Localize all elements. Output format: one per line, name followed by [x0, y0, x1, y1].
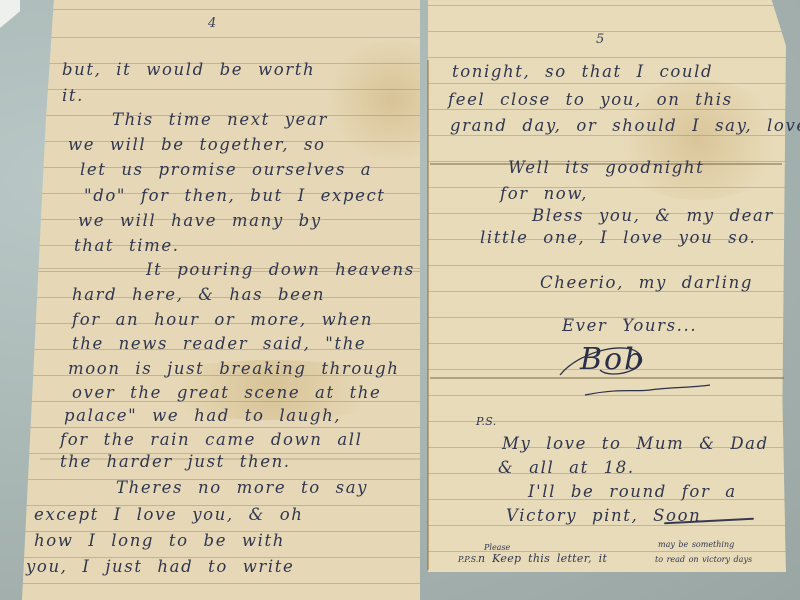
- letter-line: let us promise ourselves a: [80, 162, 372, 179]
- letter-line: tonight, so that I could: [452, 64, 713, 81]
- page-number-left: 4: [208, 16, 216, 31]
- letter-line: it.: [62, 88, 84, 105]
- letter-line: moon is just breaking through: [68, 361, 400, 378]
- letter-line: hard here, & has been: [72, 287, 325, 304]
- letter-line: the harder just then.: [60, 454, 291, 471]
- ps-label: P.S.: [476, 416, 497, 427]
- letter-line: that time.: [74, 238, 180, 255]
- letter-line: This time next year: [112, 112, 328, 129]
- letter-line: grand day, or should I say, love.: [450, 118, 800, 135]
- letter-line: Theres no more to say: [116, 480, 368, 497]
- page-number-right: 5: [596, 32, 604, 47]
- letter-line: for an hour or more, when: [72, 312, 373, 329]
- pps-insert-below: to read on victory days: [655, 556, 752, 564]
- pps-label: P.P.S.: [458, 556, 478, 564]
- pps-text: n Keep this letter, it: [478, 553, 607, 564]
- closing-line: Cheerio, my darling: [540, 275, 753, 292]
- letter-line: how I long to be with: [34, 533, 285, 550]
- letter-line: except I love you, & oh: [34, 507, 303, 524]
- letter-line: but, it would be worth: [62, 62, 315, 79]
- pps-insert-above: may be something: [658, 541, 734, 549]
- signature: Bob: [580, 342, 645, 377]
- ps-line: My love to Mum & Dad: [502, 436, 769, 453]
- letter-line: we will be together, so: [68, 137, 326, 154]
- page-edge: [427, 60, 429, 570]
- letter-line: over the great scene at the: [72, 385, 381, 402]
- closing-line: for now,: [500, 186, 588, 203]
- pps-insert-please: Please: [484, 544, 510, 552]
- letter-line: feel close to you, on this: [448, 92, 733, 109]
- letter-line: palace" we had to laugh,: [64, 408, 341, 425]
- letter-line: It pouring down heavens: [146, 262, 415, 279]
- letter-line: we will have many by: [78, 213, 322, 230]
- ps-line: I'll be round for a: [528, 484, 737, 501]
- letter-line: the news reader said, "the: [72, 336, 366, 353]
- closing-line: little one, I love you so.: [480, 230, 756, 247]
- letter-line: "do" for then, but I expect: [84, 188, 386, 205]
- letter-line: for the rain came down all: [60, 432, 363, 449]
- closing-line: Bless you, & my dear: [532, 208, 774, 225]
- ps-line: & all at 18.: [498, 460, 635, 477]
- letter-line: you, I just had to write: [26, 559, 294, 576]
- closing-line: Well its goodnight: [508, 160, 704, 177]
- closing-line: Ever Yours...: [562, 318, 697, 335]
- fold-line: [430, 377, 784, 379]
